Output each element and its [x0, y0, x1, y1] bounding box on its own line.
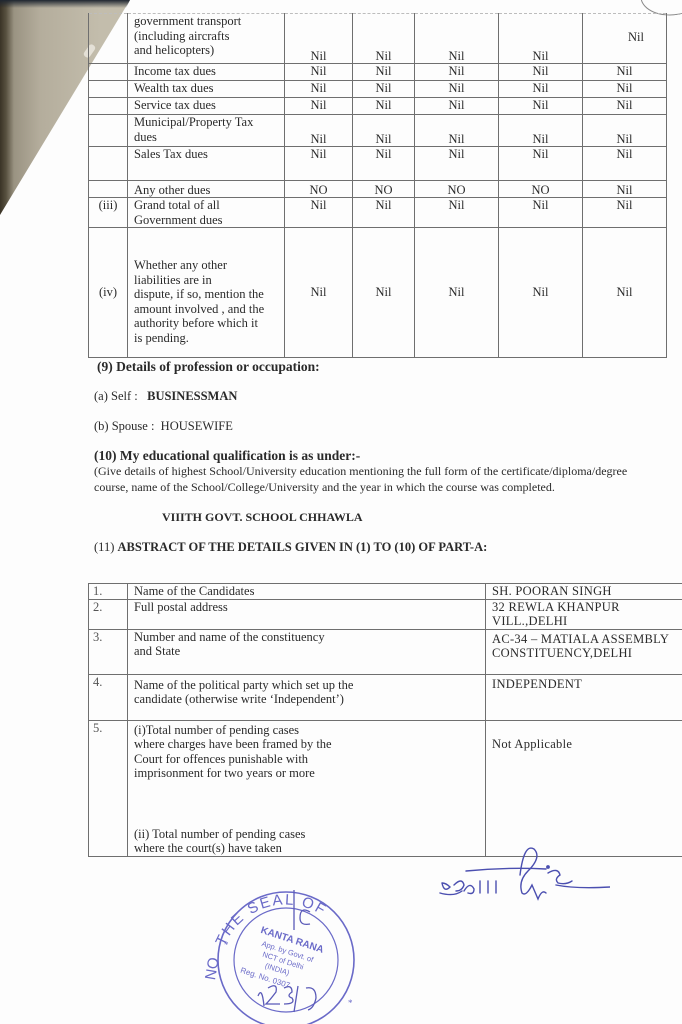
label-line: Income tax dues: [134, 64, 284, 79]
liability-value: Nil: [415, 115, 499, 147]
abstract-value: 32 REWLA KHANPURVILL.,DELHI: [486, 599, 682, 629]
serial-number: 5.: [89, 720, 128, 856]
label-line: Service tax dues: [134, 98, 284, 113]
label-line: amount involved , and the: [134, 302, 284, 317]
row-label: Municipal/Property Taxdues: [128, 115, 285, 147]
label-line: Government dues: [134, 213, 284, 228]
abstract-row: 4.Name of the political party which set …: [89, 674, 682, 720]
row-label: Income tax dues: [128, 64, 285, 81]
liability-value: NO: [353, 181, 415, 198]
abstract-table: 1.Name of the CandidatesSH. POORAN SINGH…: [88, 583, 682, 857]
liability-value: Nil: [499, 198, 583, 228]
spouse-label: (b) Spouse :: [94, 419, 154, 433]
spouse-value: HOUSEWIFE: [161, 419, 233, 433]
label-line: and helicopters): [134, 43, 284, 58]
abstract-value: AC-34 – MATIALA ASSEMBLYCONSTITUENCY,DEL…: [486, 629, 682, 674]
liability-value: Nil: [285, 14, 353, 64]
row-label: Grand total of allGovernment dues: [128, 198, 285, 228]
liability-value: Nil: [583, 228, 667, 358]
liability-value: Nil: [285, 198, 353, 228]
label-line: Any other dues: [134, 183, 284, 198]
spouse-occupation: (b) Spouse : HOUSEWIFE: [94, 419, 233, 434]
education-value: VIIITH GOVT. SCHOOL CHHAWLA: [162, 510, 362, 525]
liability-value: Nil: [353, 14, 415, 64]
liability-value: Nil: [415, 198, 499, 228]
liability-value: Nil: [583, 115, 667, 147]
label-line: dispute, if so, mention the: [134, 287, 284, 302]
liability-value: Nil: [583, 64, 667, 81]
label-line: dues: [134, 130, 284, 145]
section-10-instruction-1: (Give details of highest School/Universi…: [94, 464, 627, 479]
liability-value: Nil: [583, 147, 667, 181]
liability-value: Nil: [353, 115, 415, 147]
label-line: liabilities are in: [134, 273, 284, 288]
value-line: SH. POORAN SINGH: [492, 584, 682, 599]
section-11-number: (11): [94, 540, 114, 554]
liability-value: Nil: [415, 64, 499, 81]
abstract-row: 3.Number and name of the constituencyand…: [89, 629, 682, 674]
label-line: Number and name of the constituency: [134, 630, 485, 645]
liability-value: Nil: [285, 115, 353, 147]
scan-shadow: [0, 0, 130, 8]
liability-value: Nil: [415, 98, 499, 115]
row-label: government transport(including aircrafts…: [128, 14, 285, 64]
row-label: Whether any otherliabilities are indispu…: [128, 228, 285, 358]
liability-value: Nil: [353, 98, 415, 115]
liability-value: Nil: [499, 81, 583, 98]
liability-row: Service tax duesNilNilNilNilNil: [89, 98, 667, 115]
value-line: 32 REWLA KHANPUR: [492, 600, 682, 615]
liability-value: Nil: [499, 64, 583, 81]
liability-value: Nil: [353, 198, 415, 228]
row-index: [89, 98, 128, 115]
seal-outer-text: THE SEAL OF: [212, 891, 330, 948]
abstract-value: SH. POORAN SINGH: [486, 584, 682, 600]
label-line: Whether any other: [134, 258, 284, 273]
abstract-row: 5.(i)Total number of pending caseswhere …: [89, 720, 682, 856]
abstract-label: Full postal address: [128, 599, 486, 629]
liability-value: Nil: [499, 14, 583, 64]
liability-value: Nil: [583, 81, 667, 98]
abstract-value: Not Applicable: [486, 720, 682, 856]
liability-row: government transport(including aircrafts…: [89, 14, 667, 64]
label-line: imprisonment for two years or more: [134, 766, 485, 781]
liability-value: Nil: [285, 228, 353, 358]
liability-value: Nil: [285, 147, 353, 181]
liability-row: Any other duesNONONONONil: [89, 181, 667, 198]
row-label: Wealth tax dues: [128, 81, 285, 98]
liability-value: NO: [415, 181, 499, 198]
svg-text:THE SEAL OF: THE SEAL OF: [212, 891, 330, 948]
section-11-heading: (11) ABSTRACT OF THE DETAILS GIVEN IN (1…: [94, 540, 487, 555]
liability-value: Nil: [499, 147, 583, 181]
abstract-label: Name of the political party which set up…: [128, 674, 486, 720]
row-index: (iii): [89, 198, 128, 228]
label-line: where charges have been framed by the: [134, 737, 485, 752]
label-line: Name of the political party which set up…: [134, 678, 485, 693]
label-line: Wealth tax dues: [134, 81, 284, 96]
value-line: VILL.,DELHI: [492, 614, 682, 629]
value-line: Not Applicable: [492, 737, 682, 752]
label-line: government transport: [134, 14, 284, 29]
liabilities-table: government transport(including aircrafts…: [88, 13, 667, 358]
row-index: [89, 81, 128, 98]
liability-value: Nil: [415, 14, 499, 64]
abstract-label: Name of the Candidates: [128, 584, 486, 600]
row-index: [89, 115, 128, 147]
liability-value: Nil: [415, 81, 499, 98]
label-line: Full postal address: [134, 600, 485, 615]
seal-star-left: *: [224, 940, 229, 950]
liability-value: Nil: [499, 228, 583, 358]
serial-number: 3.: [89, 629, 128, 674]
label-line: (ii) Total number of pending cases: [134, 827, 485, 842]
serial-number: 2.: [89, 599, 128, 629]
row-index: (iv): [89, 228, 128, 358]
row-index: [89, 64, 128, 81]
seal-star-right: *: [348, 998, 353, 1008]
value-line: INDEPENDENT: [492, 677, 682, 692]
abstract-value: INDEPENDENT: [486, 674, 682, 720]
section-9-heading: (9) Details of profession or occupation:: [97, 359, 320, 374]
section-10-instruction-2: course, name of the School/College/Unive…: [94, 480, 555, 495]
self-value: BUSINESSMAN: [147, 389, 237, 403]
label-line: (including aircrafts: [134, 29, 284, 44]
liability-value: Nil: [353, 64, 415, 81]
liability-row: (iv)Whether any otherliabilities are ind…: [89, 228, 667, 358]
label-line: (i)Total number of pending cases: [134, 723, 485, 738]
label-line: Name of the Candidates: [134, 584, 485, 599]
abstract-row: 1.Name of the CandidatesSH. POORAN SINGH: [89, 584, 682, 600]
liability-value: Nil: [285, 81, 353, 98]
section-11-title: ABSTRACT OF THE DETAILS GIVEN IN (1) TO …: [118, 540, 488, 554]
abstract-label: Number and name of the constituencyand S…: [128, 629, 486, 674]
row-label: Sales Tax dues: [128, 147, 285, 181]
self-label: (a) Self :: [94, 389, 138, 403]
liability-value: Nil: [583, 14, 667, 64]
value-line: AC-34 – MATIALA ASSEMBLY: [492, 632, 682, 647]
liability-value: Nil: [499, 115, 583, 147]
section-10-heading: (10) My educational qualification is as …: [94, 448, 360, 463]
liability-value: Nil: [353, 228, 415, 358]
row-index: [89, 14, 128, 64]
label-line: and State: [134, 644, 485, 659]
liability-value: Nil: [285, 98, 353, 115]
liability-value: Nil: [285, 64, 353, 81]
self-occupation: (a) Self : BUSINESSMAN: [94, 389, 237, 404]
label-line: is pending.: [134, 331, 284, 346]
liability-value: Nil: [415, 147, 499, 181]
liability-value: Nil: [583, 98, 667, 115]
label-line: authority before which it: [134, 316, 284, 331]
liability-row: Municipal/Property TaxduesNilNilNilNilNi…: [89, 115, 667, 147]
liability-row: Sales Tax duesNilNilNilNilNil: [89, 147, 667, 181]
label-line: Court for offences punishable with: [134, 752, 485, 767]
abstract-label: (i)Total number of pending caseswhere ch…: [128, 720, 486, 856]
notary-seal: THE SEAL OF KANTA RANA App. by Govt. of …: [198, 878, 368, 1024]
liability-row: Income tax duesNilNilNilNilNil: [89, 64, 667, 81]
signature: [430, 845, 610, 915]
abstract-row: 2.Full postal address32 REWLA KHANPURVIL…: [89, 599, 682, 629]
serial-number: 4.: [89, 674, 128, 720]
label-line: Municipal/Property Tax: [134, 115, 284, 130]
liability-value: NO: [499, 181, 583, 198]
liability-value: Nil: [583, 198, 667, 228]
liability-value: Nil: [583, 181, 667, 198]
serial-number: 1.: [89, 584, 128, 600]
label-line: candidate (otherwise write ‘Independent’…: [134, 692, 485, 707]
liability-value: Nil: [499, 98, 583, 115]
liability-value: Nil: [353, 147, 415, 181]
label-line: Sales Tax dues: [134, 147, 284, 162]
row-index: [89, 147, 128, 181]
row-label: Any other dues: [128, 181, 285, 198]
liability-row: (iii)Grand total of allGovernment duesNi…: [89, 198, 667, 228]
row-index: [89, 181, 128, 198]
liability-value: Nil: [353, 81, 415, 98]
liability-row: Wealth tax duesNilNilNilNilNil: [89, 81, 667, 98]
value-line: CONSTITUENCY,DELHI: [492, 646, 682, 661]
liability-value: NO: [285, 181, 353, 198]
liability-value: Nil: [415, 228, 499, 358]
row-label: Service tax dues: [128, 98, 285, 115]
label-line: Grand total of all: [134, 198, 284, 213]
